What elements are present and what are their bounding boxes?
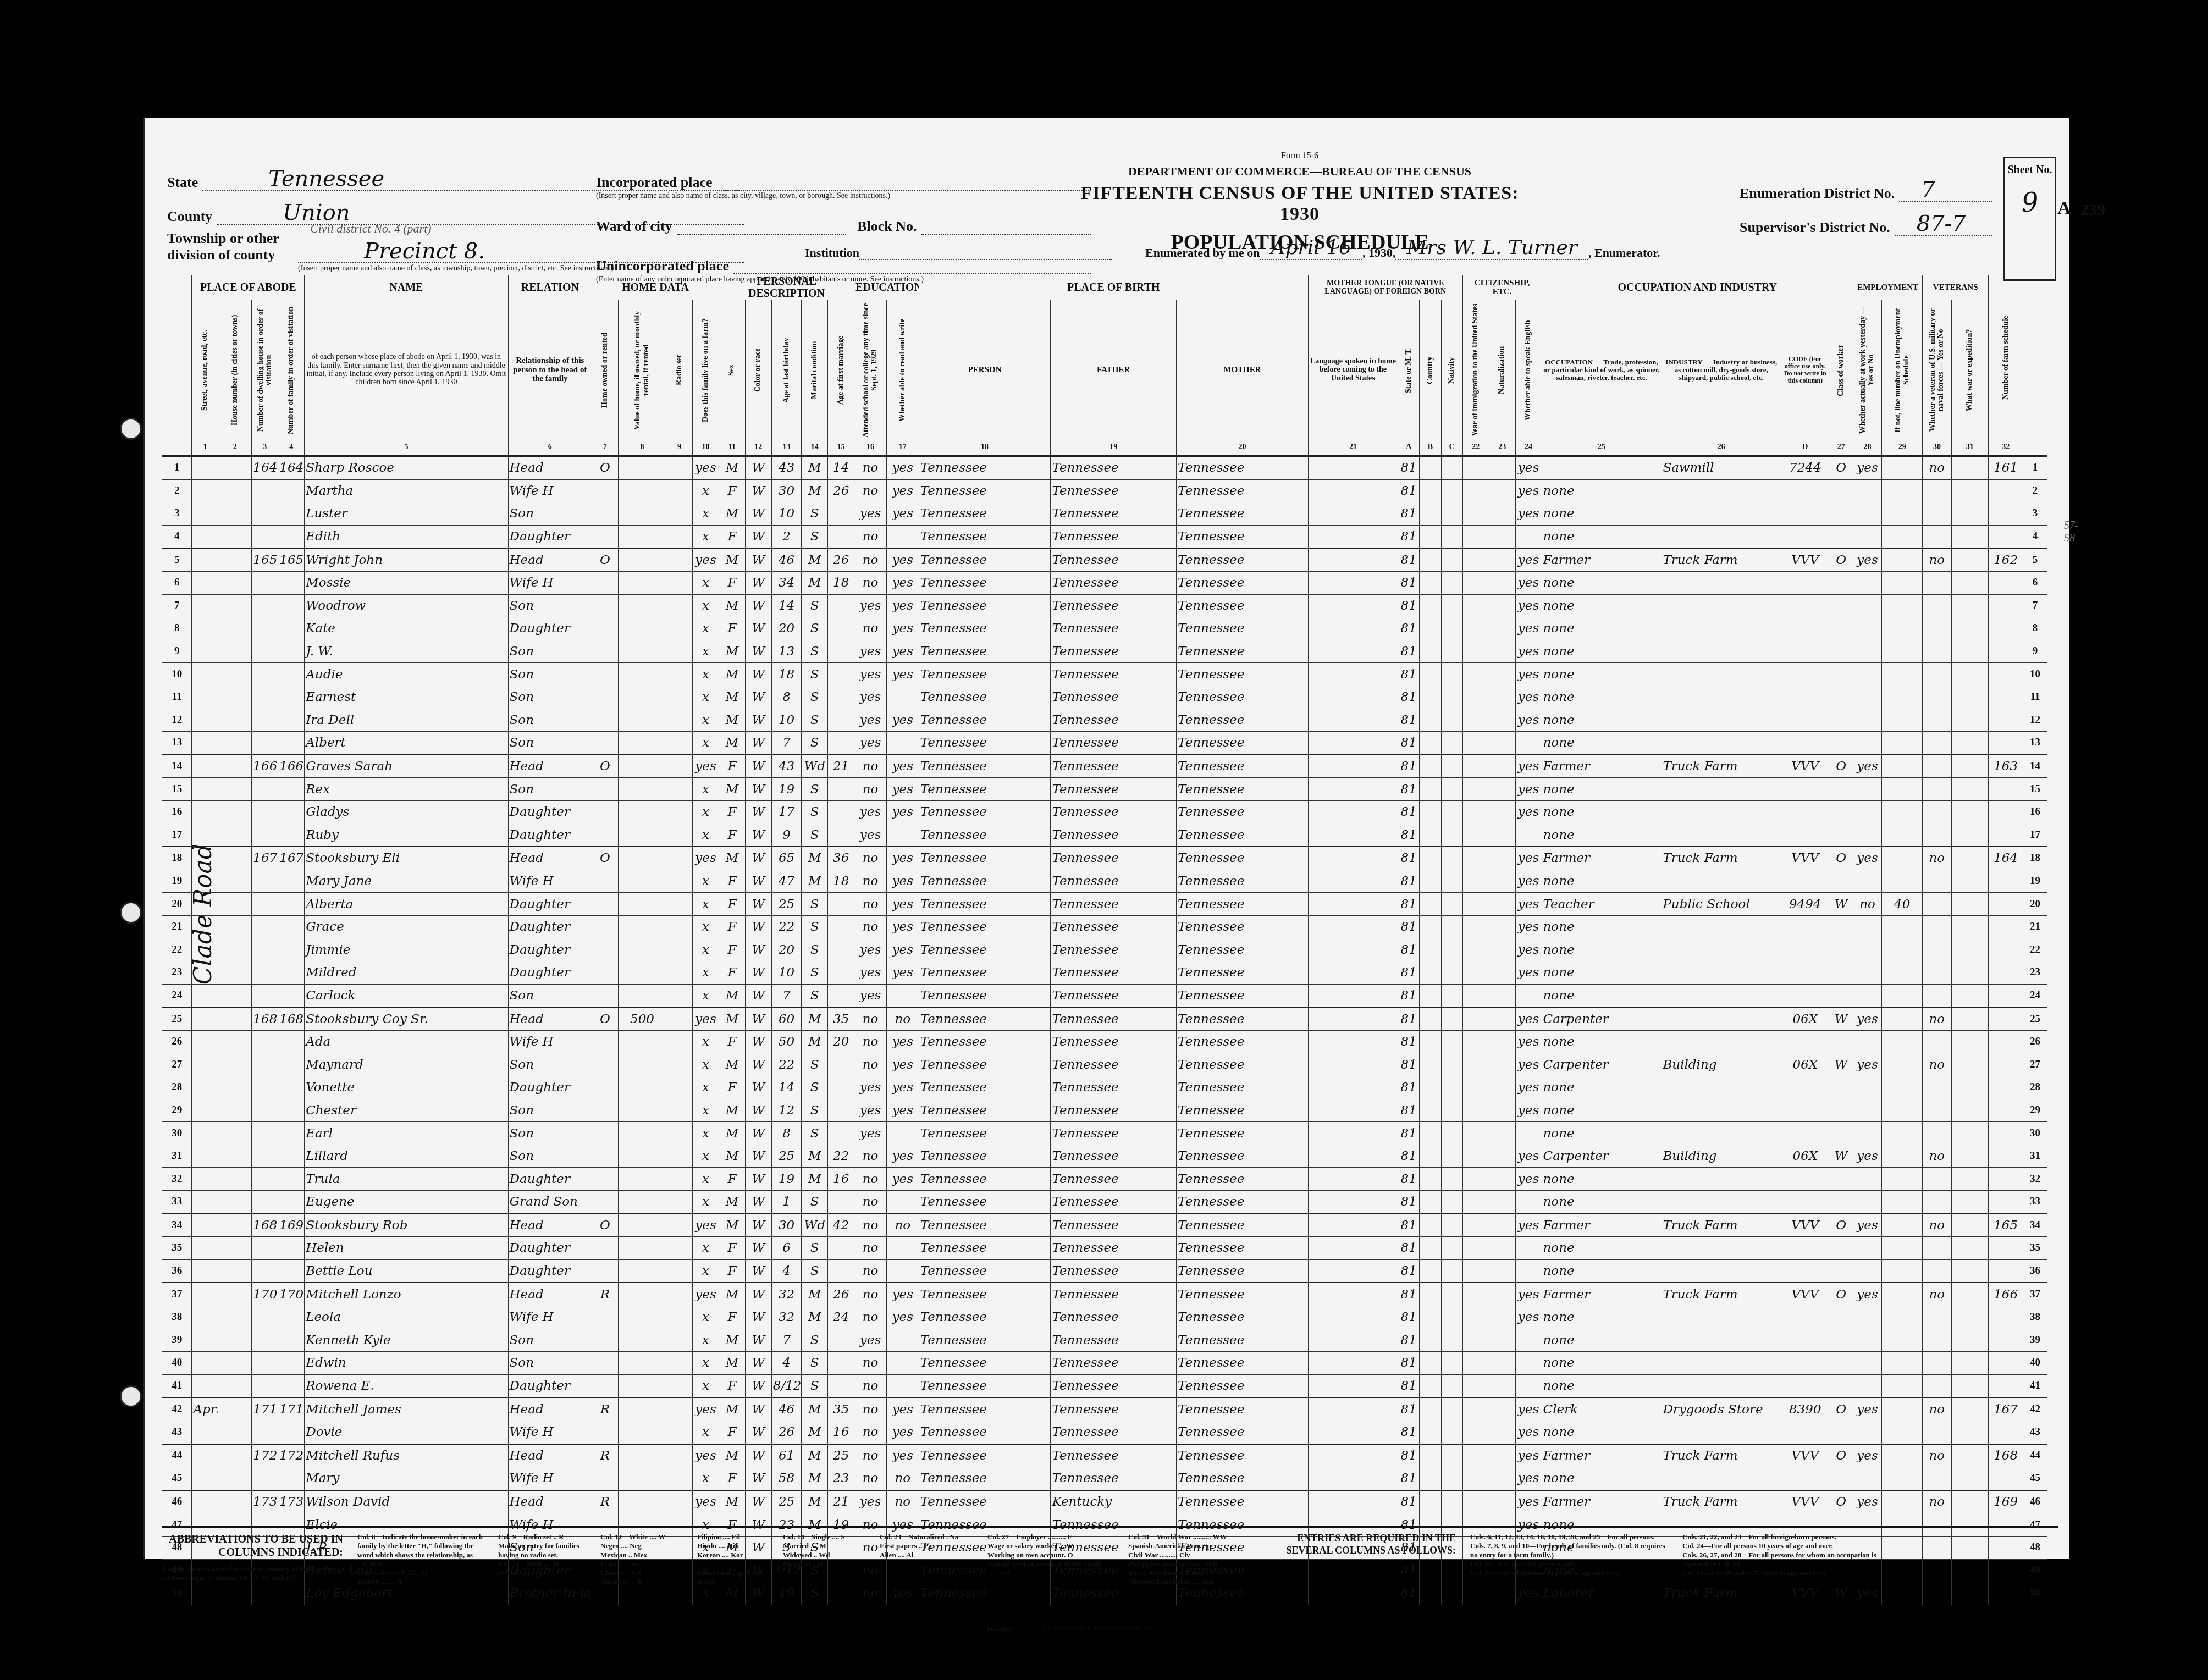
line-number: 27 [162,1053,192,1076]
at-work-cell: yes [1853,755,1881,778]
family-number-cell [278,893,305,916]
birthplace-person-cell: Tennessee [919,548,1051,571]
code-b-cell [1420,1467,1441,1490]
age-first-marriage-cell [828,686,854,709]
table-row: 18167167Stooksbury EliHeadOyesMW65M36noy… [162,847,2047,870]
code-b-cell [1420,800,1441,824]
read-write-cell [886,732,919,755]
race-cell: W [745,502,771,526]
line-number-right: 12 [2023,709,2047,732]
speak-english-cell: yes [1515,594,1542,617]
speak-english-cell: yes [1515,686,1542,709]
immigration-year-cell [1462,479,1489,502]
col32-header: Number of farm schedule [1989,275,2023,440]
speak-english-cell [1515,1259,1542,1283]
farm-schedule-cell: 168 [1989,1444,2023,1467]
house-number-cell [218,1214,252,1237]
line-number: 33 [162,1191,192,1214]
family-number-cell [278,1122,305,1145]
relation-cell: Daughter [508,938,592,961]
radio-cell [666,915,693,938]
table-row: 23MildredDaughterxFW10SyesyesTennesseeTe… [162,961,2047,985]
class-of-worker-cell [1829,663,1853,686]
age-first-marriage-cell: 26 [828,479,854,502]
birthplace-father-cell: Tennessee [1051,456,1177,479]
dwelling-number-cell [252,1030,278,1053]
mother-tongue-cell [1308,778,1398,801]
home-value-cell [618,686,666,709]
farm-cell: x [693,479,719,502]
line-number-right: 46 [2023,1490,2047,1513]
mother-tongue-cell [1308,1237,1398,1260]
read-write-cell [886,1122,919,1145]
birthplace-mother-cell: Tennessee [1177,594,1309,617]
birthplace-person-cell: Tennessee [919,893,1051,916]
street-cell [192,1467,218,1490]
unemployment-line-cell [1882,1076,1923,1099]
unemployment-line-cell [1882,732,1923,755]
speak-english-cell: yes [1515,1467,1542,1490]
house-number-cell [218,938,252,961]
marital-cell: S [802,732,828,755]
birthplace-person-cell: Tennessee [919,456,1051,479]
birthplace-father-cell: Tennessee [1051,1030,1177,1053]
race-cell: W [745,548,771,571]
read-write-cell [886,1191,919,1214]
birthplace-mother-cell: Tennessee [1177,1076,1309,1099]
occupation-cell: none [1542,1421,1661,1444]
table-row: 16GladysDaughterxFW17SyesyesTennesseeTen… [162,800,2047,824]
column-number: 9 [666,440,693,456]
at-work-cell [1853,571,1881,594]
speak-english-cell: yes [1515,1053,1542,1076]
class-of-worker-cell: W [1829,1053,1853,1076]
relation-cell: Wife H [508,1306,592,1329]
sex-cell: M [719,1053,745,1076]
family-number-cell: 170 [278,1283,305,1306]
industry-cell [1661,686,1781,709]
code-b-cell [1420,686,1441,709]
school-attendance-cell: no [854,915,887,938]
colA-header: State or M. T. [1398,300,1420,440]
age-first-marriage-cell: 22 [828,1145,854,1168]
table-row: 43DovieWife HxFW26M16noyesTennesseeTenne… [162,1421,2047,1444]
street-cell [192,847,218,870]
veteran-cell [1923,824,1951,847]
relation-cell: Wife H [508,870,592,893]
line-number-right: 8 [2023,617,2047,640]
line-number-right: 40 [2023,1352,2047,1375]
radio-cell [666,1283,693,1306]
mother-tongue-cell [1308,1397,1398,1421]
code-a-cell: 81 [1398,847,1420,870]
occupation-cell: none [1542,502,1661,526]
school-attendance-cell: yes [854,938,887,961]
street-cell [192,824,218,847]
read-write-cell [886,525,919,548]
class-of-worker-cell [1829,709,1853,732]
birthplace-person-cell: Tennessee [919,915,1051,938]
sex-cell: F [719,1237,745,1260]
house-number-cell [218,1467,252,1490]
code-c-cell [1441,1490,1462,1513]
occupation-code-cell [1781,824,1829,847]
speak-english-cell [1515,1374,1542,1397]
speak-english-cell: yes [1515,1145,1542,1168]
house-number-cell [218,1122,252,1145]
street-cell [192,1007,218,1030]
code-b-cell [1420,1283,1441,1306]
line-number-right: 35 [2023,1237,2047,1260]
age-cell: 8/12 [771,1374,801,1397]
industry-cell: Truck Farm [1661,548,1781,571]
race-cell: W [745,1145,771,1168]
street-cell [192,1122,218,1145]
class-of-worker-cell [1829,686,1853,709]
speak-english-cell: yes [1515,915,1542,938]
birthplace-mother-cell: Tennessee [1177,456,1309,479]
line-number: 10 [162,663,192,686]
code-c-cell [1441,847,1462,870]
line-number-right: 45 [2023,1467,2047,1490]
occupation-cell: none [1542,479,1661,502]
radio-cell [666,778,693,801]
colB-header: Country [1420,300,1441,440]
home-owned-cell [592,984,619,1007]
veteran-cell: no [1923,1397,1951,1421]
birthplace-person-cell: Tennessee [919,1421,1051,1444]
age-cell: 14 [771,594,801,617]
table-row: 14166166Graves SarahHeadOyesFW43Wd21noye… [162,755,2047,778]
table-row: 20AlbertaDaughterxFW25SnoyesTennesseeTen… [162,893,2047,916]
naturalization-cell [1489,1237,1515,1260]
relation-cell: Son [508,732,592,755]
school-attendance-cell: yes [854,1099,887,1122]
unemployment-line-cell [1882,571,1923,594]
radio-cell [666,824,693,847]
sex-cell: M [719,1397,745,1421]
name-cell: Chester [305,1099,508,1122]
war-cell [1951,594,1989,617]
read-write-cell: yes [886,1444,919,1467]
read-write-cell: yes [886,1283,919,1306]
home-value-cell [618,1168,666,1191]
right-line-header [2023,275,2047,440]
column-number: 7 [592,440,619,456]
class-of-worker-cell: O [1829,456,1853,479]
immigration-year-cell [1462,984,1489,1007]
house-number-cell [218,1283,252,1306]
home-owned-cell [592,1053,619,1076]
industry-cell: Building [1661,1053,1781,1076]
table-row: 39Kenneth KyleSonxMW7SyesTennesseeTennes… [162,1329,2047,1352]
marital-cell: S [802,1191,828,1214]
school-attendance-cell: yes [854,640,887,663]
home-value-cell [618,1306,666,1329]
industry-cell [1661,870,1781,893]
at-work-cell: yes [1853,1397,1881,1421]
abbrev-col6-col7: Col. 6—Indicate the home-maker in each f… [357,1533,484,1587]
home-owned-cell [592,1306,619,1329]
code-a-cell: 81 [1398,915,1420,938]
name-cell: Stooksbury Rob [305,1214,508,1237]
relation-cell: Wife H [508,1467,592,1490]
name-cell: Earnest [305,686,508,709]
war-cell [1951,847,1989,870]
home-owned-cell: O [592,548,619,571]
veteran-cell [1923,1306,1951,1329]
industry-cell [1661,1421,1781,1444]
home-owned-cell [592,1191,619,1214]
farm-cell: x [693,1374,719,1397]
birthplace-person-cell: Tennessee [919,663,1051,686]
code-b-cell [1420,1259,1441,1283]
dwelling-number-cell [252,663,278,686]
class-of-worker-cell [1829,1352,1853,1375]
read-write-cell: yes [886,1099,919,1122]
class-of-worker-cell: O [1829,1214,1853,1237]
code-b-cell [1420,594,1441,617]
industry-cell: Sawmill [1661,456,1781,479]
industry-cell: Public School [1661,893,1781,916]
code-a-cell: 81 [1398,709,1420,732]
line-number: 41 [162,1374,192,1397]
naturalization-cell [1489,594,1515,617]
birthplace-mother-cell: Tennessee [1177,1283,1309,1306]
name-cell: Vonette [305,1076,508,1099]
code-c-cell [1441,1191,1462,1214]
read-write-cell: yes [886,571,919,594]
birthplace-mother-cell: Tennessee [1177,1329,1309,1352]
birthplace-person-cell: Tennessee [919,1259,1051,1283]
occupation-code-cell [1781,1352,1829,1375]
birthplace-mother-cell: Tennessee [1177,571,1309,594]
home-owned-cell [592,732,619,755]
code-c-cell [1441,778,1462,801]
column-number-row: 123456789101112131415161718192021ABC2223… [162,440,2047,456]
farm-schedule-cell: 169 [1989,1490,2023,1513]
home-value-cell [618,1352,666,1375]
unemployment-line-cell [1882,1122,1923,1145]
occupation-cell: Farmer [1542,548,1661,571]
institution-label: Institution [805,246,859,260]
radio-cell [666,1053,693,1076]
line-number: 2 [162,479,192,502]
industry-cell [1661,1374,1781,1397]
radio-cell [666,502,693,526]
birthplace-father-cell: Tennessee [1051,1306,1177,1329]
table-row: 41Rowena E.DaughterxFW8/12SnoTennesseeTe… [162,1374,2047,1397]
school-attendance-cell: no [854,1467,887,1490]
war-cell [1951,1145,1989,1168]
school-attendance-cell: no [854,1214,887,1237]
war-cell [1951,525,1989,548]
age-first-marriage-cell [828,1259,854,1283]
unemployment-line-cell [1882,938,1923,961]
code-a-cell: 81 [1398,1237,1420,1260]
age-cell: 6 [771,1237,801,1260]
immigration-year-cell [1462,1076,1489,1099]
marital-cell: S [802,1099,828,1122]
naturalization-cell [1489,847,1515,870]
speak-english-cell: yes [1515,502,1542,526]
relation-cell: Daughter [508,800,592,824]
naturalization-cell [1489,1306,1515,1329]
column-number: 15 [828,440,854,456]
farm-cell: x [693,732,719,755]
marital-cell: M [802,571,828,594]
occupation-code-cell: VVV [1781,548,1829,571]
occupation-code-cell [1781,1122,1829,1145]
race-cell: W [745,525,771,548]
unemployment-line-cell [1882,961,1923,985]
column-number: 18 [919,440,1051,456]
mother-tongue-cell [1308,1306,1398,1329]
school-attendance-cell: yes [854,1490,887,1513]
occupation-cell: none [1542,1076,1661,1099]
birthplace-father-cell: Tennessee [1051,1352,1177,1375]
line-number-right: 30 [2023,1122,2047,1145]
speak-english-cell: yes [1515,1306,1542,1329]
home-owned-cell [592,686,619,709]
family-number-cell [278,525,305,548]
industry-cell [1661,617,1781,640]
industry-cell [1661,732,1781,755]
home-owned-cell [592,1122,619,1145]
table-row: 33EugeneGrand SonxMW1SnoTennesseeTenness… [162,1191,2047,1214]
street-cell [192,594,218,617]
relation-cell: Daughter [508,961,592,985]
farm-cell: x [693,1467,719,1490]
column-number: 8 [618,440,666,456]
radio-cell [666,1306,693,1329]
family-number-cell [278,1168,305,1191]
industry-cell [1661,1076,1781,1099]
family-number-cell [278,1099,305,1122]
occupation-code-cell [1781,984,1829,1007]
farm-schedule-cell: 162 [1989,548,2023,571]
age-cell: 47 [771,870,801,893]
relation-cell: Daughter [508,893,592,916]
class-of-worker-cell [1829,732,1853,755]
school-attendance-cell: no [854,1352,887,1375]
sex-cell: M [719,502,745,526]
enumerated-year: , 1930, [1362,246,1396,260]
street-cell [192,1030,218,1053]
at-work-cell [1853,938,1881,961]
line-number-right: 21 [2023,915,2047,938]
abbrev-col27: Col. 27—Employer .......... E Wage or sa… [987,1533,1114,1587]
birthplace-father-cell: Tennessee [1051,915,1177,938]
code-b-cell [1420,1030,1441,1053]
code-c-cell [1441,525,1462,548]
race-cell: W [745,938,771,961]
line-number-right: 19 [2023,870,2047,893]
veteran-cell [1923,800,1951,824]
read-write-cell: yes [886,1145,919,1168]
home-owned-cell: O [592,456,619,479]
sex-cell: M [719,1099,745,1122]
line-number-right: 2 [2023,479,2047,502]
class-of-worker-cell [1829,640,1853,663]
age-cell: 20 [771,938,801,961]
occupation-cell: none [1542,1237,1661,1260]
family-number-cell [278,1329,305,1352]
occupation-code-cell: 06X [1781,1145,1829,1168]
farm-cell: x [693,961,719,985]
race-cell: W [745,1053,771,1076]
family-number-cell: 173 [278,1490,305,1513]
abbrev-col31: Col. 31—World War .......... WW Spanish-… [1128,1533,1260,1587]
enumeration-district-value: 7 [1899,179,1992,202]
birthplace-father-cell: Tennessee [1051,1168,1177,1191]
war-cell [1951,502,1989,526]
line-number-right: 31 [2023,1145,2047,1168]
occupation-cell: none [1542,640,1661,663]
dwelling-number-cell [252,1421,278,1444]
farm-schedule-cell [1989,732,2023,755]
code-b-cell [1420,1145,1441,1168]
occupation-cell: none [1542,1306,1661,1329]
class-of-worker-cell [1829,1329,1853,1352]
line-number: 19 [162,870,192,893]
birthplace-mother-cell: Tennessee [1177,709,1309,732]
veteran-cell [1923,479,1951,502]
name-cell: Leola [305,1306,508,1329]
mother-tongue-cell [1308,1352,1398,1375]
birthplace-father-cell: Tennessee [1051,1421,1177,1444]
family-number-cell [278,594,305,617]
class-of-worker-cell [1829,1237,1853,1260]
line-number: 11 [162,686,192,709]
birthplace-father-cell: Tennessee [1051,1237,1177,1260]
industry-cell: Truck Farm [1661,1283,1781,1306]
dwelling-number-cell: 168 [252,1214,278,1237]
home-value-cell [618,1076,666,1099]
occupation-code-cell [1781,732,1829,755]
home-owned-cell [592,1329,619,1352]
column-number: 13 [771,440,801,456]
mother-tongue-cell [1308,479,1398,502]
race-cell: W [745,1191,771,1214]
speak-english-cell: yes [1515,1007,1542,1030]
name-cell: Maynard [305,1053,508,1076]
name-cell: Stooksbury Coy Sr. [305,1007,508,1030]
home-owned-cell [592,640,619,663]
relation-cell: Daughter [508,824,592,847]
street-cell [192,1099,218,1122]
farm-schedule-cell [1989,1145,2023,1168]
age-first-marriage-cell [828,961,854,985]
birthplace-mother-cell: Tennessee [1177,1099,1309,1122]
school-attendance-cell: yes [854,502,887,526]
sheet-number-box: Sheet No. 9 [2003,157,2056,281]
name-cell: Carlock [305,984,508,1007]
name-cell: Sharp Roscoe [305,456,508,479]
table-row: 7WoodrowSonxMW14SyesyesTennesseeTennesse… [162,594,2047,617]
line-number-right: 3 [2023,502,2047,526]
home-value-cell [618,1329,666,1352]
occupation-code-cell [1781,938,1829,961]
naturalization-cell [1489,755,1515,778]
sheet-number: 9 [2005,187,2055,218]
farm-schedule-cell [1989,824,2023,847]
at-work-cell [1853,640,1881,663]
dwelling-number-cell: 168 [252,1007,278,1030]
age-first-marriage-cell: 24 [828,1306,854,1329]
table-row: 38LeolaWife HxFW32M24noyesTennesseeTenne… [162,1306,2047,1329]
at-work-cell [1853,1467,1881,1490]
